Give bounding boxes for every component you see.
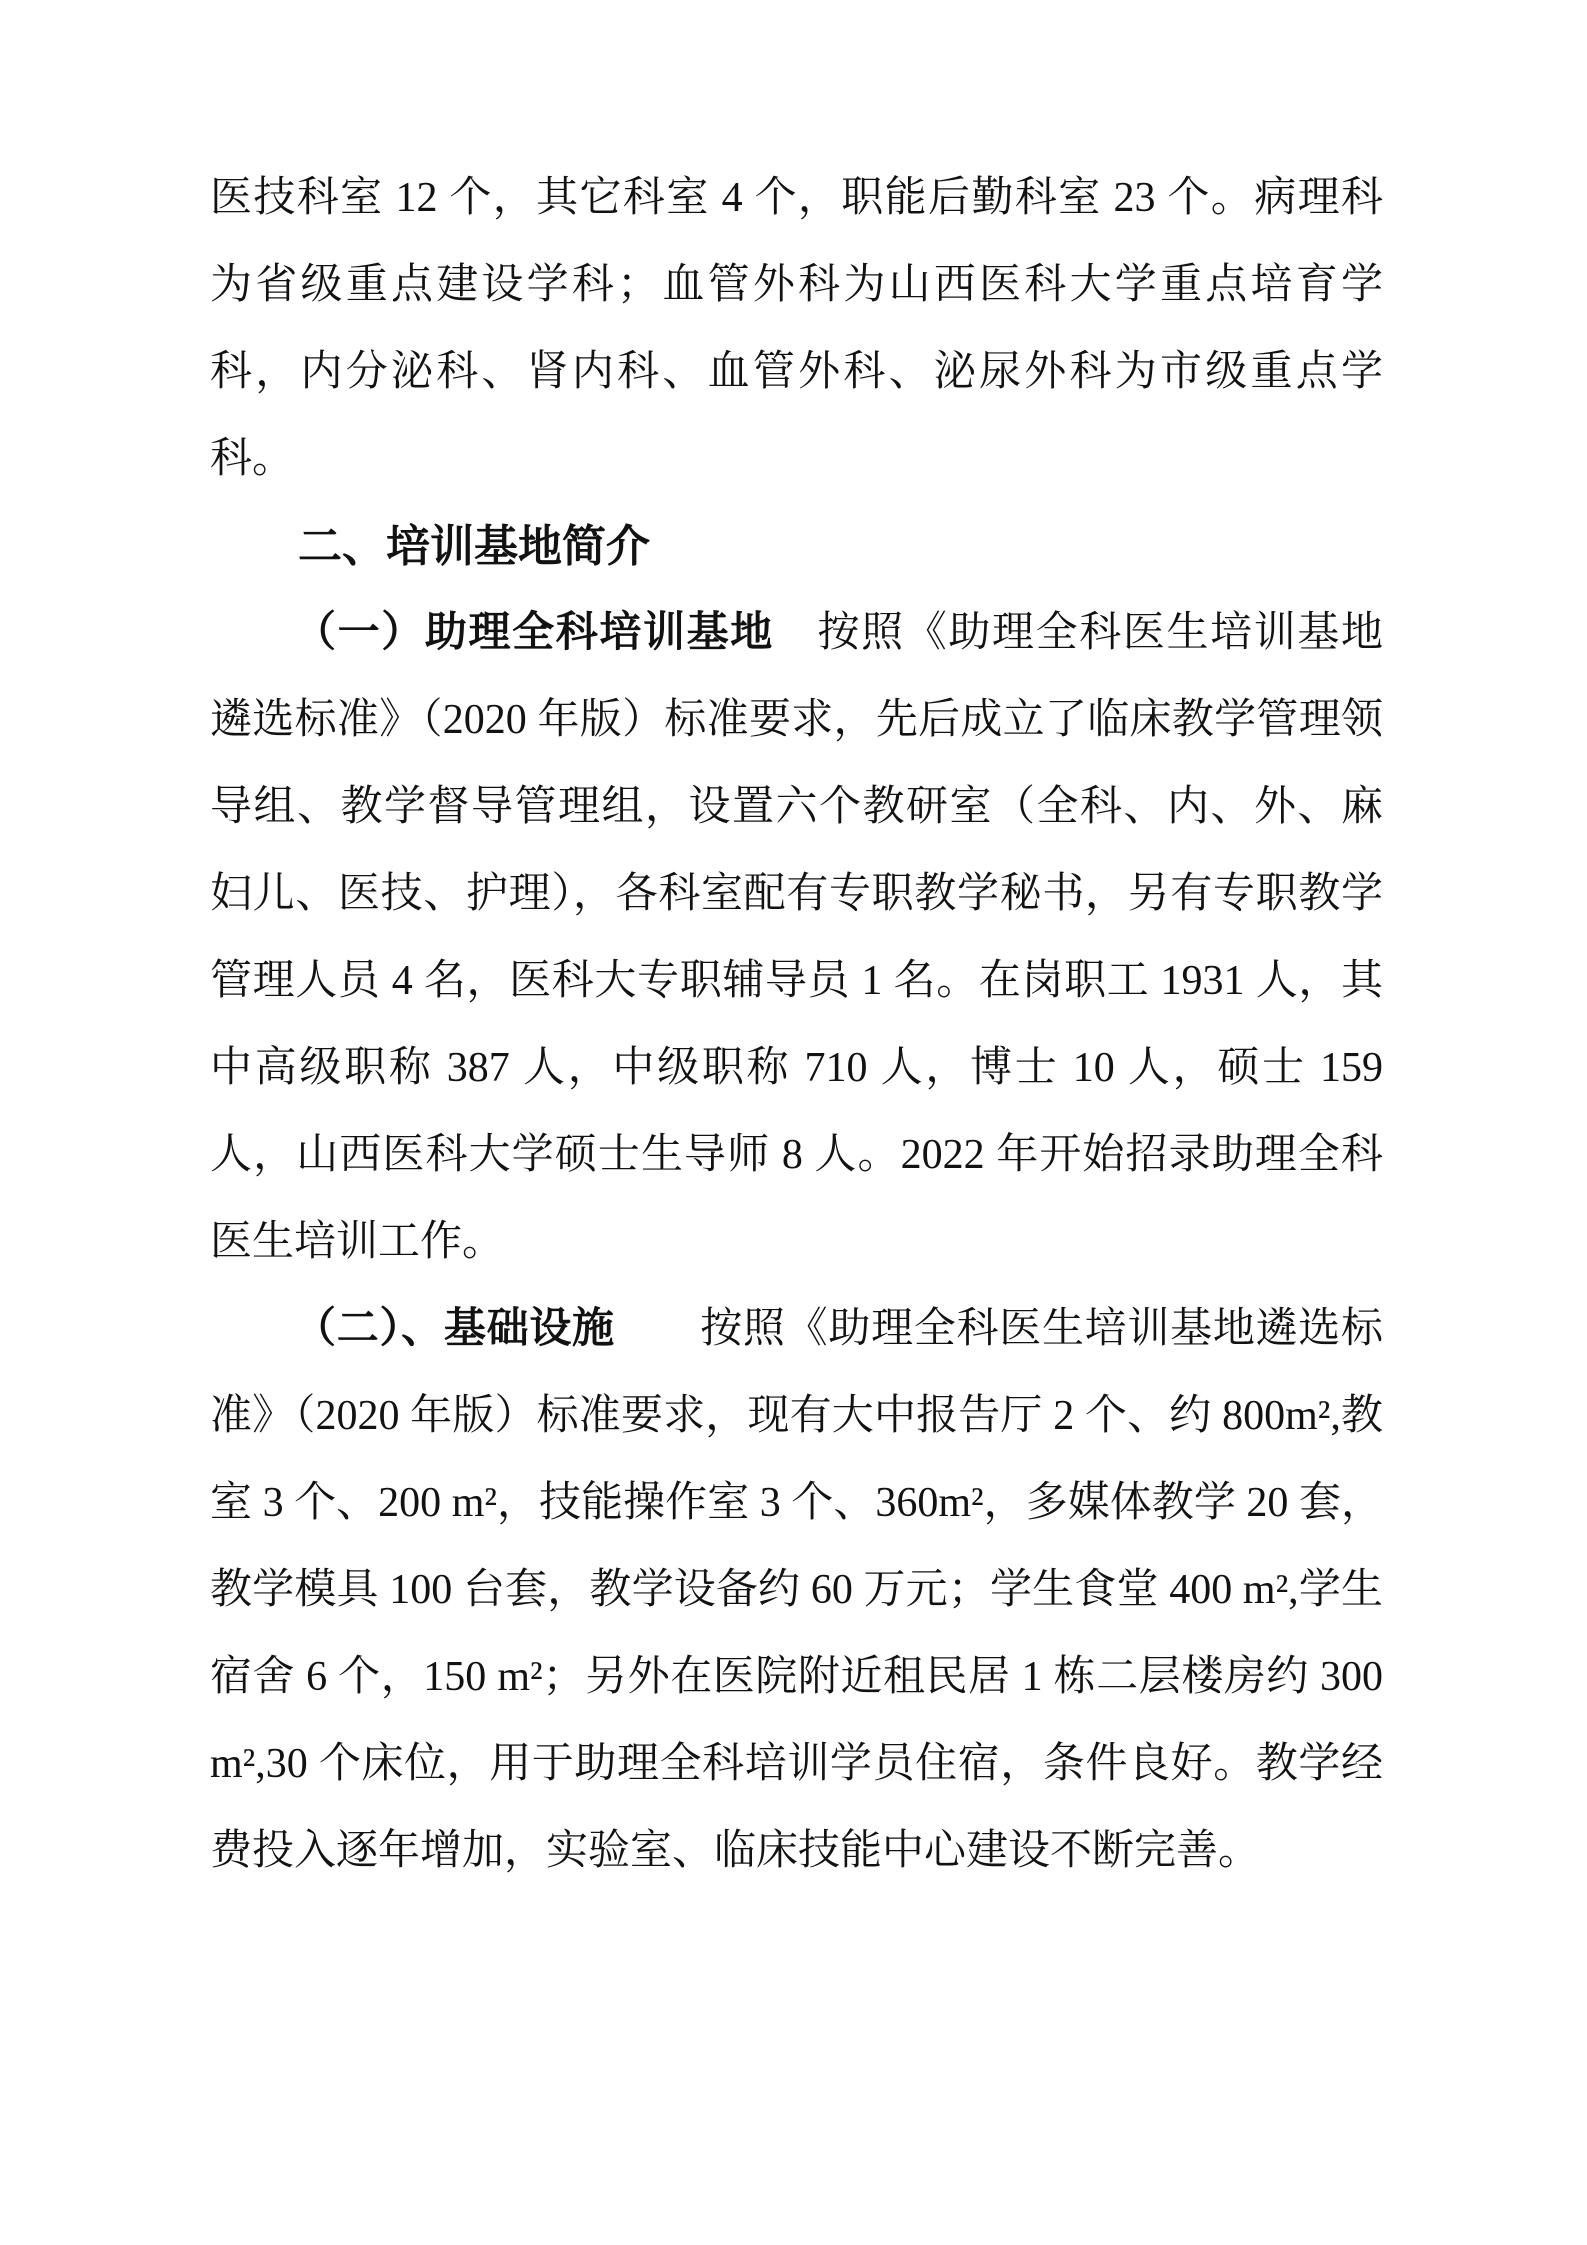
paragraph-continuation: 医技科室 12 个，其它科室 4 个，职能后勤科室 23 个。病理科为省级重点建… (210, 155, 1383, 503)
paragraph-subsection-1: （一）助理全科培训基地 按照《助理全科医生培训基地遴选标准》（2020 年版）标… (210, 590, 1383, 1286)
subsection-2-title: （二）、基础设施 (294, 1306, 615, 1352)
paragraph-subsection-2: （二）、基础设施 按照《助理全科医生培训基地遴选标准》（2020 年版）标准要求… (210, 1286, 1383, 1895)
document-page: 医技科室 12 个，其它科室 4 个，职能后勤科室 23 个。病理科为省级重点建… (0, 0, 1587, 2245)
section-heading: 二、培训基地简介 (210, 503, 1383, 590)
subsection-1-title: （一）助理全科培训基地 (294, 610, 774, 656)
subsection-2-text: 按照《助理全科医生培训基地遴选标准》（2020 年版）标准要求，现有大中报告厅 … (210, 1306, 1383, 1874)
subsection-1-text: 按照《助理全科医生培训基地遴选标准》（2020 年版）标准要求，先后成立了临床教… (210, 610, 1383, 1265)
